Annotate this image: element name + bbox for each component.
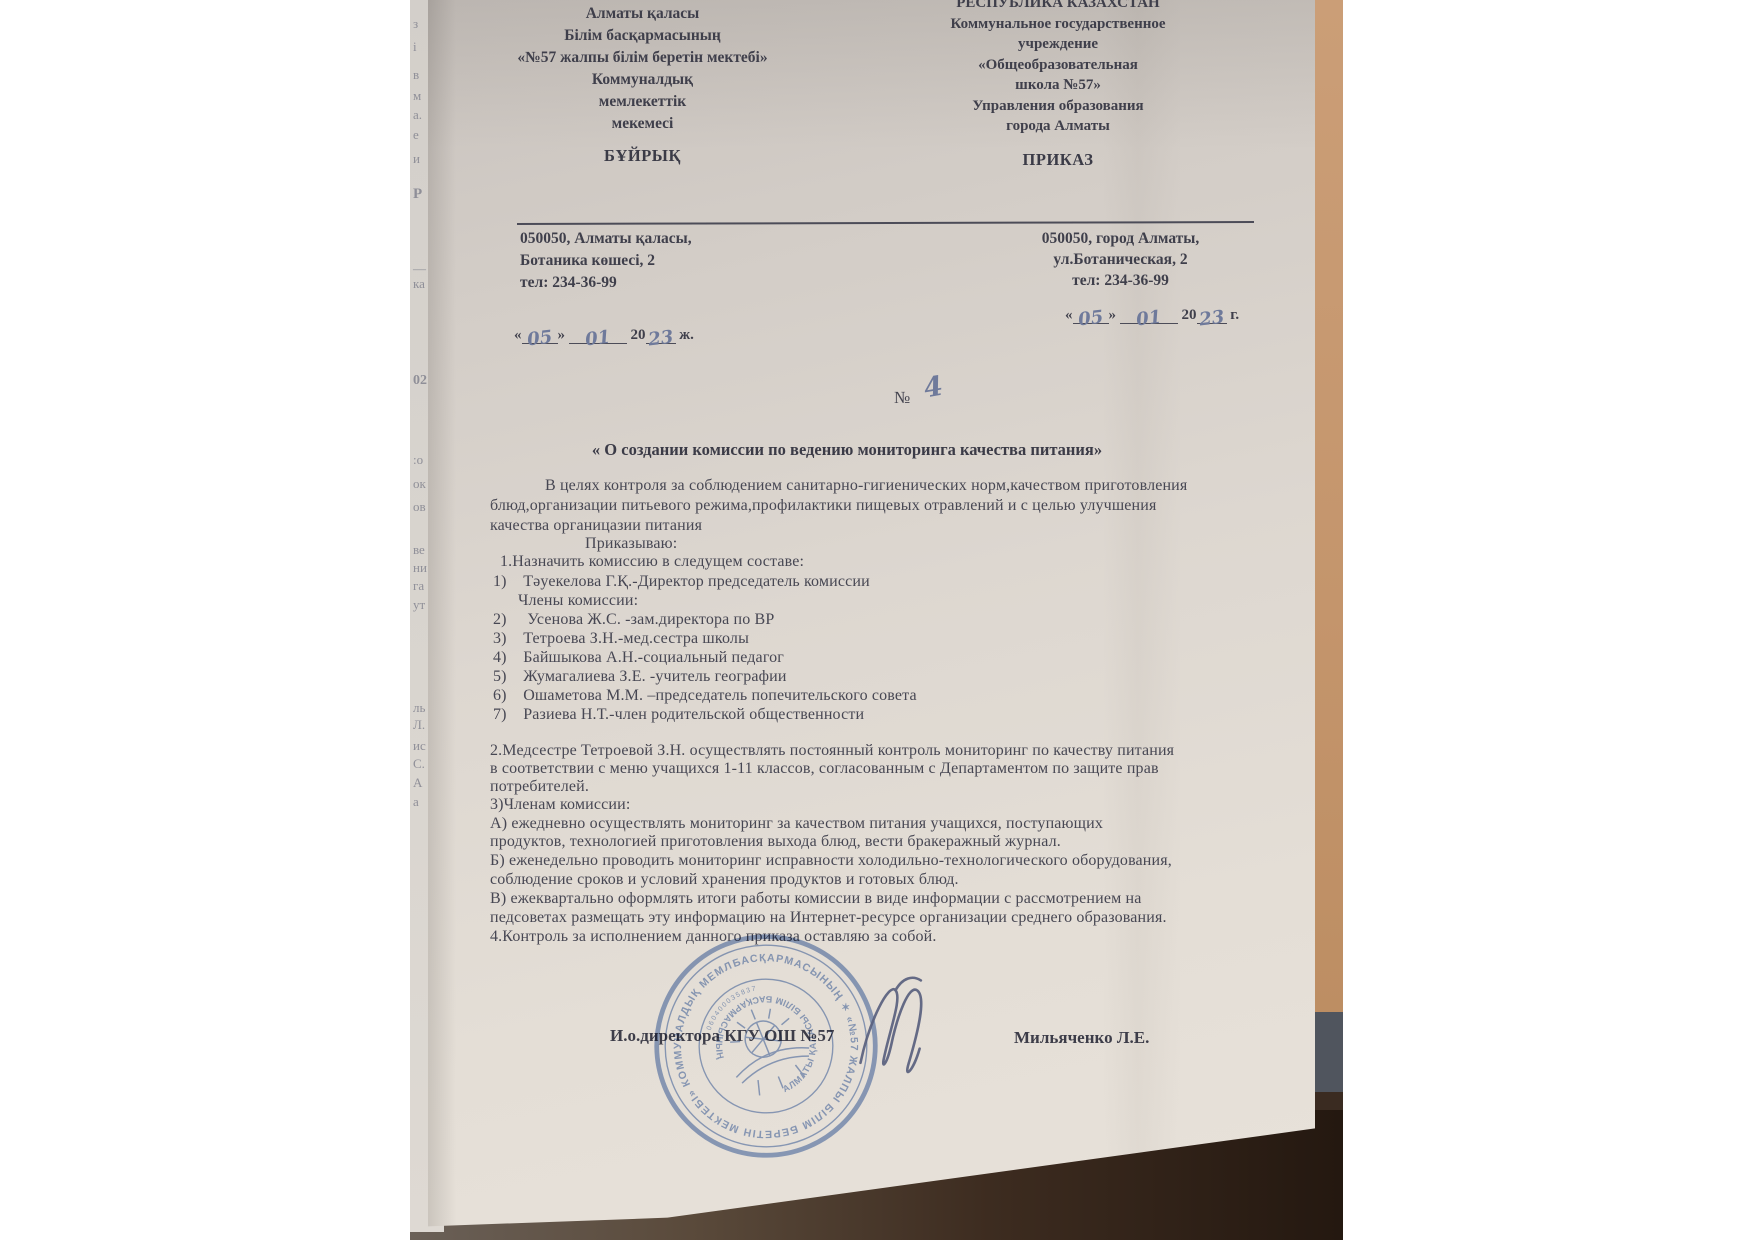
order-title: « О создании комиссии по ведению монитор… bbox=[502, 440, 1192, 460]
letterhead-kz-line: Коммуналдық bbox=[470, 69, 815, 91]
body-line: А) ежедневно осуществлять мониторинг за … bbox=[490, 815, 1103, 833]
letterhead-ru-line: Коммунальное государственное bbox=[888, 14, 1228, 35]
date-year-field: 23 bbox=[646, 326, 676, 344]
quote-close: » bbox=[558, 327, 566, 343]
letterhead-kz-line: мекемесі bbox=[470, 113, 815, 135]
date-month-field: 01 bbox=[1120, 306, 1178, 324]
date-century: 20 bbox=[631, 327, 646, 343]
body-line: в соответствии с меню учащихся 1-11 клас… bbox=[490, 760, 1159, 778]
letterhead-ru-line: РЕСПУБЛИКА КАЗАХСТАН bbox=[888, 0, 1228, 14]
letterhead-russian: РЕСПУБЛИКА КАЗАХСТАН Коммунальное госуда… bbox=[888, 0, 1228, 137]
date-line-kz: «05» 01 2023 ж. bbox=[514, 326, 694, 344]
address-ru-line: ул.Ботаническая, 2 bbox=[1008, 249, 1233, 270]
commission-member-line: 5) Жумагалиева З.Е. -учитель географии bbox=[493, 668, 787, 686]
address-kz-line: Ботаника көшесі, 2 bbox=[520, 250, 692, 272]
address-kazakh: 050050, Алматы қаласы, Ботаника көшесі, … bbox=[520, 228, 692, 294]
date-era: г. bbox=[1230, 307, 1239, 323]
body-line: соблюдение сроков и условий хранения про… bbox=[490, 871, 959, 889]
signer-name: Мильяченко Л.Е. bbox=[1014, 1028, 1149, 1048]
body-line: продуктов, технологией приготовления вых… bbox=[490, 833, 1061, 851]
body-line: качества органицазии питания bbox=[490, 517, 702, 535]
order-number-label: № bbox=[894, 388, 910, 408]
handwritten-day: 05 bbox=[526, 327, 553, 351]
letterhead-ru-line: города Алматы bbox=[888, 116, 1228, 137]
commission-member-line: 4) Байшыкова А.Н.-социальный педагог bbox=[493, 649, 784, 667]
date-day-field: 05 bbox=[1073, 306, 1109, 324]
body-line: В целях контроля за соблюдением санитарн… bbox=[545, 477, 1187, 495]
document-photo: з і в м а. е и Р — ка 02 :о ок ов ве ни … bbox=[410, 0, 1343, 1240]
letterhead-divider-line bbox=[517, 221, 1254, 225]
commission-member-line: 7) Разиева Н.Т.-член родительской общест… bbox=[493, 706, 864, 724]
address-kz-line: тел: 234-36-99 bbox=[520, 272, 692, 294]
handwritten-month: 01 bbox=[1135, 307, 1162, 331]
letterhead-ru-line: учреждение bbox=[888, 34, 1228, 55]
handwritten-day: 05 bbox=[1077, 307, 1104, 331]
address-kz-line: 050050, Алматы қаласы, bbox=[520, 228, 692, 250]
commission-member-line: 3) Тетроева З.Н.-мед.сестра школы bbox=[493, 630, 749, 648]
body-line: 2.Медсестре Тетроевой З.Н. осуществлять … bbox=[490, 742, 1174, 760]
body-line: Приказываю: bbox=[585, 535, 677, 553]
date-month-field: 01 bbox=[569, 326, 627, 344]
handwritten-year: 23 bbox=[1198, 307, 1225, 331]
commission-member-line: 1) Тәуекелова Г.Қ.-Директор председатель… bbox=[493, 573, 870, 591]
quote-close: » bbox=[1109, 307, 1117, 323]
order-number-handwritten: 4 bbox=[921, 371, 945, 405]
body-line: блюд,организации питьевого режима,профил… bbox=[490, 497, 1157, 515]
letterhead-kz-line: «№57 жалпы білім беретін мектебі» bbox=[470, 47, 815, 69]
quote-open: « bbox=[1065, 307, 1073, 323]
handwritten-month: 01 bbox=[584, 327, 611, 351]
body-line: потребителей. bbox=[490, 778, 589, 796]
commission-member-line: 2) Усенова Ж.С. -зам.директора по ВР bbox=[493, 611, 774, 629]
date-century: 20 bbox=[1182, 307, 1197, 323]
letterhead-kz-line: мемлекеттік bbox=[470, 91, 815, 113]
letterhead-ru-line: «Общеобразовательная bbox=[888, 55, 1228, 76]
screenshot-canvas: з і в м а. е и Р — ка 02 :о ок ов ве ни … bbox=[0, 0, 1755, 1240]
body-line: Б) еженедельно проводить мониторинг испр… bbox=[490, 852, 1172, 870]
body-line: 3)Членам комиссии: bbox=[490, 796, 630, 814]
address-ru-line: 050050, город Алматы, bbox=[1008, 228, 1233, 249]
body-line: Члены комиссии: bbox=[518, 592, 638, 610]
letterhead-kz-line: Білім басқармасының bbox=[470, 25, 815, 47]
date-era: ж. bbox=[679, 327, 694, 343]
letterhead-ru-line: Управления образования bbox=[888, 96, 1228, 117]
letterhead-kazakh: ҚАЗАҚСТАН РЕСПУБЛИКАСЫ Алматы қаласы Біл… bbox=[470, 0, 815, 135]
address-russian: 050050, город Алматы, ул.Ботаническая, 2… bbox=[1008, 228, 1233, 291]
date-line-ru: «05» 01 2023 г. bbox=[1065, 306, 1239, 324]
date-year-field: 23 bbox=[1197, 306, 1227, 324]
letterhead-kz-line: Алматы қаласы bbox=[470, 3, 815, 25]
commission-member-line: 6) Ошаметова М.М. –председатель попечите… bbox=[493, 687, 917, 705]
address-ru-line: тел: 234-36-99 bbox=[1008, 270, 1233, 291]
quote-open: « bbox=[514, 327, 522, 343]
letterhead-ru-line: школа №57» bbox=[888, 75, 1228, 96]
date-day-field: 05 bbox=[522, 326, 558, 344]
order-word-kz: БҰЙРЫҚ bbox=[470, 146, 815, 166]
handwritten-year: 23 bbox=[647, 327, 674, 351]
handwritten-signature bbox=[836, 968, 963, 1084]
body-line: 1.Назначить комиссию в следущем составе: bbox=[500, 553, 804, 571]
order-word-ru: ПРИКАЗ bbox=[888, 150, 1228, 170]
